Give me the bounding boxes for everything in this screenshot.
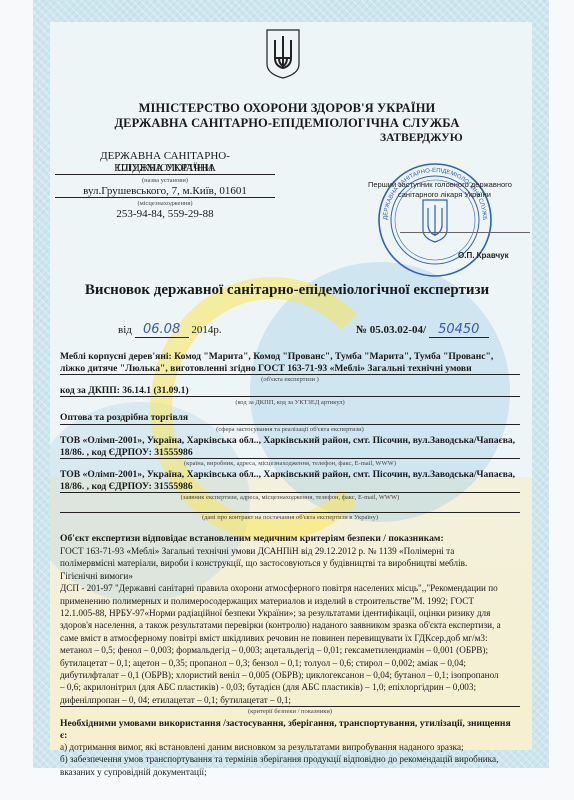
manufacturer-underline [60, 458, 520, 459]
institution-name-caption: (назва установи) [55, 177, 275, 184]
sphere-value: Оптова та роздрібна торгівля [60, 411, 188, 424]
criteria-line: саме вміст в атмосферному повітрі вміст … [60, 632, 501, 644]
criteria-body: ГОСТ 163-71-93 «Меблі» Загальні технічні… [60, 545, 501, 706]
institution-name-line2: СЛУЖБА УКРАЇНИ [55, 162, 275, 175]
criteria-caption: (критерії безпеки / показники) [60, 708, 520, 715]
signatory-position-line1: Перший заступник головного державного [368, 180, 512, 189]
criteria-line: бутилацетат – 0,1; ацетон – 0,35; пропан… [60, 657, 501, 669]
criteria-line: дибутилфталат – 0,1 (ОБРВ); хлористий ве… [60, 669, 501, 681]
document-title: Висновок державної санітарно-епідеміолог… [0, 282, 574, 299]
approve-label: ЗАТВЕРДЖУЮ [380, 132, 463, 144]
institution-phones: 253-94-84, 559-29-88 [55, 208, 275, 220]
number-field: № 05.03.02-04/ 50450 [356, 322, 489, 338]
signature-line [400, 232, 530, 233]
criteria-line: Гігієнічні вимоги» [60, 570, 501, 582]
manufacturer-caption: (країна, виробник, адреса, місцезнаходже… [60, 460, 520, 467]
criteria-line: здоров'я населення, а також результатами… [60, 619, 501, 631]
signatory-position-line2: санітарного лікаря України [398, 190, 491, 199]
code-underline [60, 396, 520, 397]
date-field: від 06.08 2014р. [118, 322, 222, 338]
contract-underline [60, 512, 520, 513]
service-title: ДЕРЖАВНА САНІТАРНО-ЕПІДЕМІОЛОГІЧНА СЛУЖБ… [0, 116, 574, 131]
applicant-caption: (заявник експертизи, адреса, місцезнаход… [60, 494, 520, 501]
criteria-line: дифенілпропан – 0, 04; етилацетат – 0,1;… [60, 694, 501, 706]
institution-address: вул.Грушевського, 7, м.Київ, 01601 [55, 185, 275, 198]
signatory-name: О.П. Кравчук [458, 251, 509, 260]
sphere-underline [60, 424, 520, 425]
code-caption: (код за ДКПП, код за УКТЗЕД артикул) [60, 399, 520, 406]
condition-item: вказаних у супровідній документації; [60, 766, 498, 778]
criteria-line: 12.1.005-88, НРБУ-97«Норми радіаційної б… [60, 607, 501, 619]
institution-address-caption: (місцезнаходження) [55, 200, 275, 207]
contract-caption: (дані про контракт на постачання об'єкта… [60, 514, 520, 521]
official-stamp-icon: ДЕРЖАВНА САНІТАРНО-ЕПІДЕМІОЛОГІЧНА СЛУЖБ… [375, 160, 495, 280]
criteria-line: ДСП - 201-97 "Державні санітарні правила… [60, 582, 501, 594]
condition-item: а) дотримання вимог, які встановлені дан… [60, 741, 498, 753]
ministry-title: МІНІСТЕРСТВО ОХОРОНИ ЗДОРОВ'Я УКРАЇНИ [0, 101, 574, 116]
conditions-list: а) дотримання вимог, які встановлені дан… [60, 741, 498, 778]
object-underline [60, 374, 520, 375]
criteria-underline [60, 706, 520, 707]
applicant-underline [60, 492, 520, 493]
date-prefix: від [118, 324, 132, 336]
watermark-e-letter [150, 277, 394, 541]
criteria-line: полімервмісні матеріали, вироби і констр… [60, 557, 501, 569]
conditions-heading: Необхідними умовами використання /застос… [60, 717, 511, 730]
criteria-line: применению полимерных и полимеросодержащ… [60, 595, 501, 607]
condition-item: б) забезпечення умов транспортування та … [60, 753, 498, 765]
number-prefix: № 05.03.02-04/ [356, 324, 426, 336]
criteria-heading: Об'єкт експертизи відповідає встановлени… [60, 532, 444, 545]
trident-emblem-icon [265, 28, 301, 80]
date-suffix: 2014р. [191, 324, 221, 336]
criteria-line: метанол – 0,5; фенол – 0,003; формальдег… [60, 644, 501, 656]
criteria-line: – 0,6; акрилонітрил (для АБС пластиків) … [60, 681, 501, 693]
number-handwritten: 50450 [429, 322, 489, 338]
object-caption: (об'єкта експертизи ) [60, 376, 520, 383]
date-handwritten: 06.08 [135, 322, 189, 338]
sphere-caption: (сфера застосування та реалізації об'єкт… [60, 426, 520, 433]
criteria-line: ГОСТ 163-71-93 «Меблі» Загальні технічні… [60, 545, 501, 557]
